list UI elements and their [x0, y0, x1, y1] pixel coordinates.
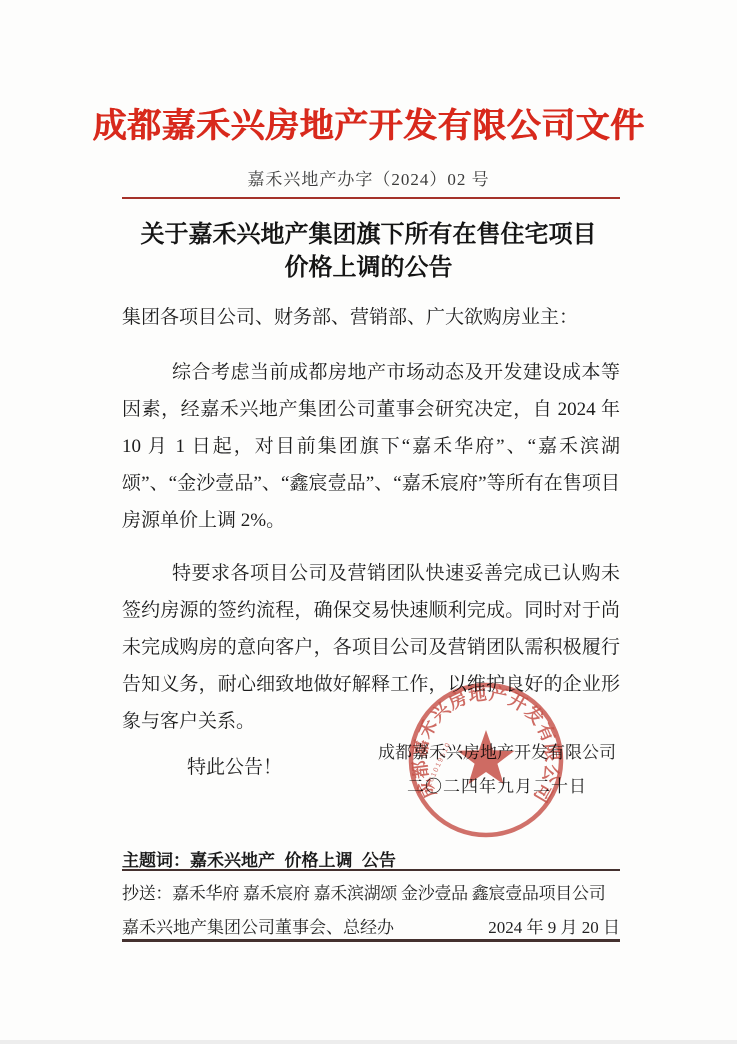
doc-title-line-1: 关于嘉禾兴地产集团旗下所有在售住宅项目 [40, 218, 697, 251]
document-page: 成都嘉禾兴房地产开发有限公司文件 嘉禾兴地产办字（2024）02 号 关于嘉禾兴… [0, 0, 737, 1044]
keywords-row: 主题词：嘉禾兴地产 价格上调 公告 [122, 846, 620, 871]
doc-number: 嘉禾兴地产办字（2024）02 号 [0, 165, 737, 190]
cc-second-row: 嘉禾兴地产集团公司董事会、总经办 2024 年 9 月 20 日 [122, 913, 620, 938]
doc-title-line-2: 价格上调的公告 [40, 251, 697, 284]
seal-star [457, 730, 514, 784]
photo-bottom-edge [0, 1040, 737, 1044]
salutation: 集团各项目公司、财务部、营销部、广大欲购房业主： [122, 299, 620, 336]
official-seal: 成都嘉禾兴房地产开发有限公司 5101019510 [406, 680, 566, 840]
keywords-text: 嘉禾兴地产 价格上调 公告 [190, 851, 396, 870]
keywords-label: 主题词： [122, 851, 190, 870]
body-paragraph-1: 综合考虑当前成都房地产市场动态及开发建设成本等因素，经嘉禾兴地产集团公司董事会研… [122, 354, 620, 539]
header-divider [122, 197, 620, 199]
doc-title: 关于嘉禾兴地产集团旗下所有在售住宅项目 价格上调的公告 [40, 218, 697, 284]
company-header-title: 成都嘉禾兴房地产开发有限公司文件 [0, 98, 737, 147]
footer-divider-top [122, 869, 620, 871]
cc-issuer: 嘉禾兴地产集团公司董事会、总经办 [122, 913, 394, 938]
footer-divider-bottom [122, 939, 620, 942]
cc-label: 抄送： [122, 884, 172, 903]
cc-text: 嘉禾华府 嘉禾宸府 嘉禾滨湖颂 金沙壹品 鑫宸壹品项目公司 [172, 884, 605, 903]
footer-date: 2024 年 9 月 20 日 [488, 913, 620, 938]
cc-row: 抄送：嘉禾华府 嘉禾宸府 嘉禾滨湖颂 金沙壹品 鑫宸壹品项目公司 [122, 879, 620, 904]
